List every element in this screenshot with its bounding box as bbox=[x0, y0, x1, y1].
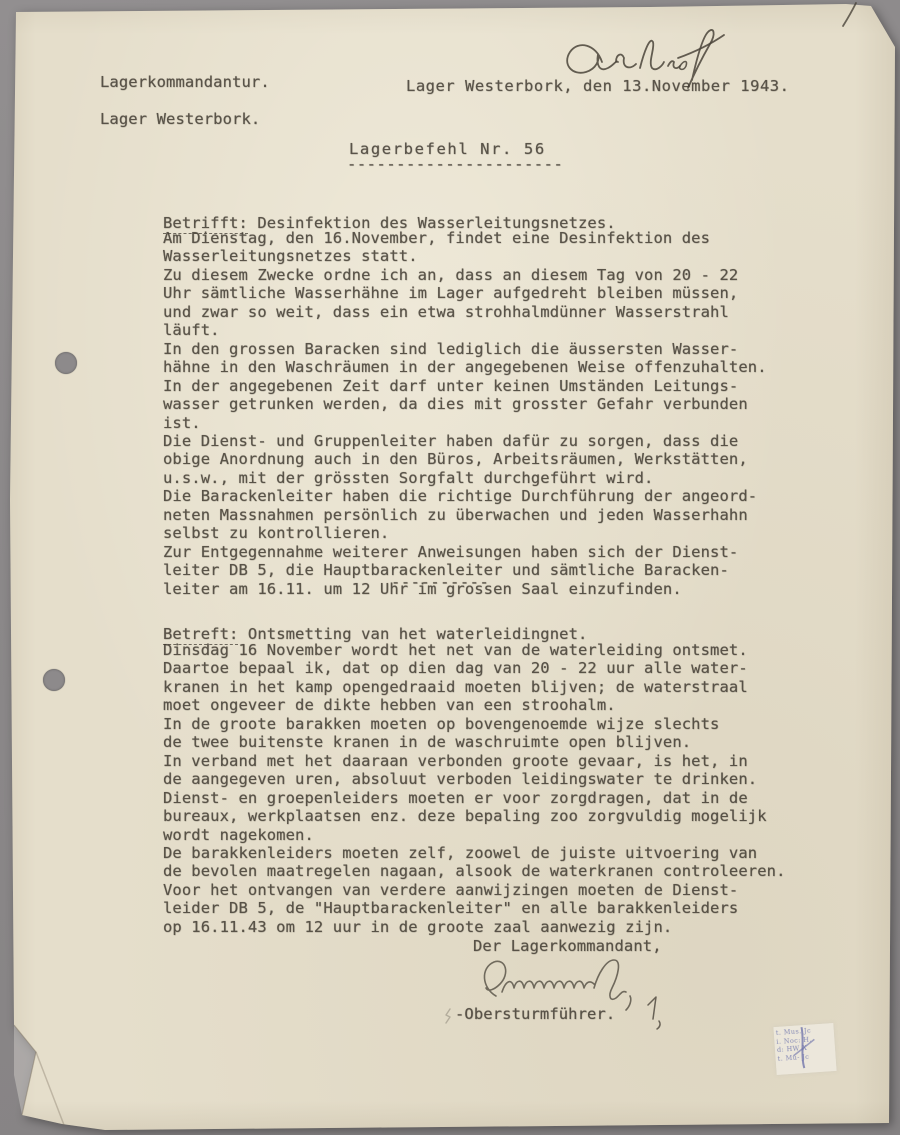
dateline: Lager Westerbork, den 13.November 1943. bbox=[406, 77, 789, 95]
title-underline: ---------------------- bbox=[347, 155, 563, 173]
rank-line: -Obersturmführer. bbox=[455, 1005, 615, 1023]
sender-line-1: Lagerkommandantur. bbox=[100, 73, 270, 91]
pen-tick-mark bbox=[840, 2, 860, 28]
ss-rune-mark bbox=[443, 1008, 453, 1024]
sender-address: Lagerkommandantur. Lager Westerbork. bbox=[100, 55, 270, 147]
punch-hole-top bbox=[55, 352, 77, 374]
scanned-document-page: { "document": { "sender": { "line1": "La… bbox=[0, 0, 900, 1135]
german-paragraph: Am Dienstag, den 16.November, findet ein… bbox=[163, 229, 767, 598]
folded-corner-crease bbox=[0, 1015, 120, 1135]
sender-line-2: Lager Westerbork. bbox=[100, 110, 270, 128]
handwritten-mark bbox=[642, 995, 668, 1029]
punch-hole-bottom bbox=[43, 669, 65, 691]
archive-stamp: t. Mus. Jc i. Noc: H. d: HW X t. Mu- Jc bbox=[773, 1023, 836, 1075]
section-separator: ---------- bbox=[391, 573, 489, 591]
subject-line-dutch: Betreft: Ontsmetting van het waterleidin… bbox=[163, 607, 587, 644]
stamp-scribble bbox=[773, 1023, 832, 1071]
subject-line-german: Betrifft: Desinfektion des Wasserleitung… bbox=[163, 196, 616, 233]
dutch-paragraph: Dinsdag 16 November wordt het net van de… bbox=[163, 641, 786, 936]
